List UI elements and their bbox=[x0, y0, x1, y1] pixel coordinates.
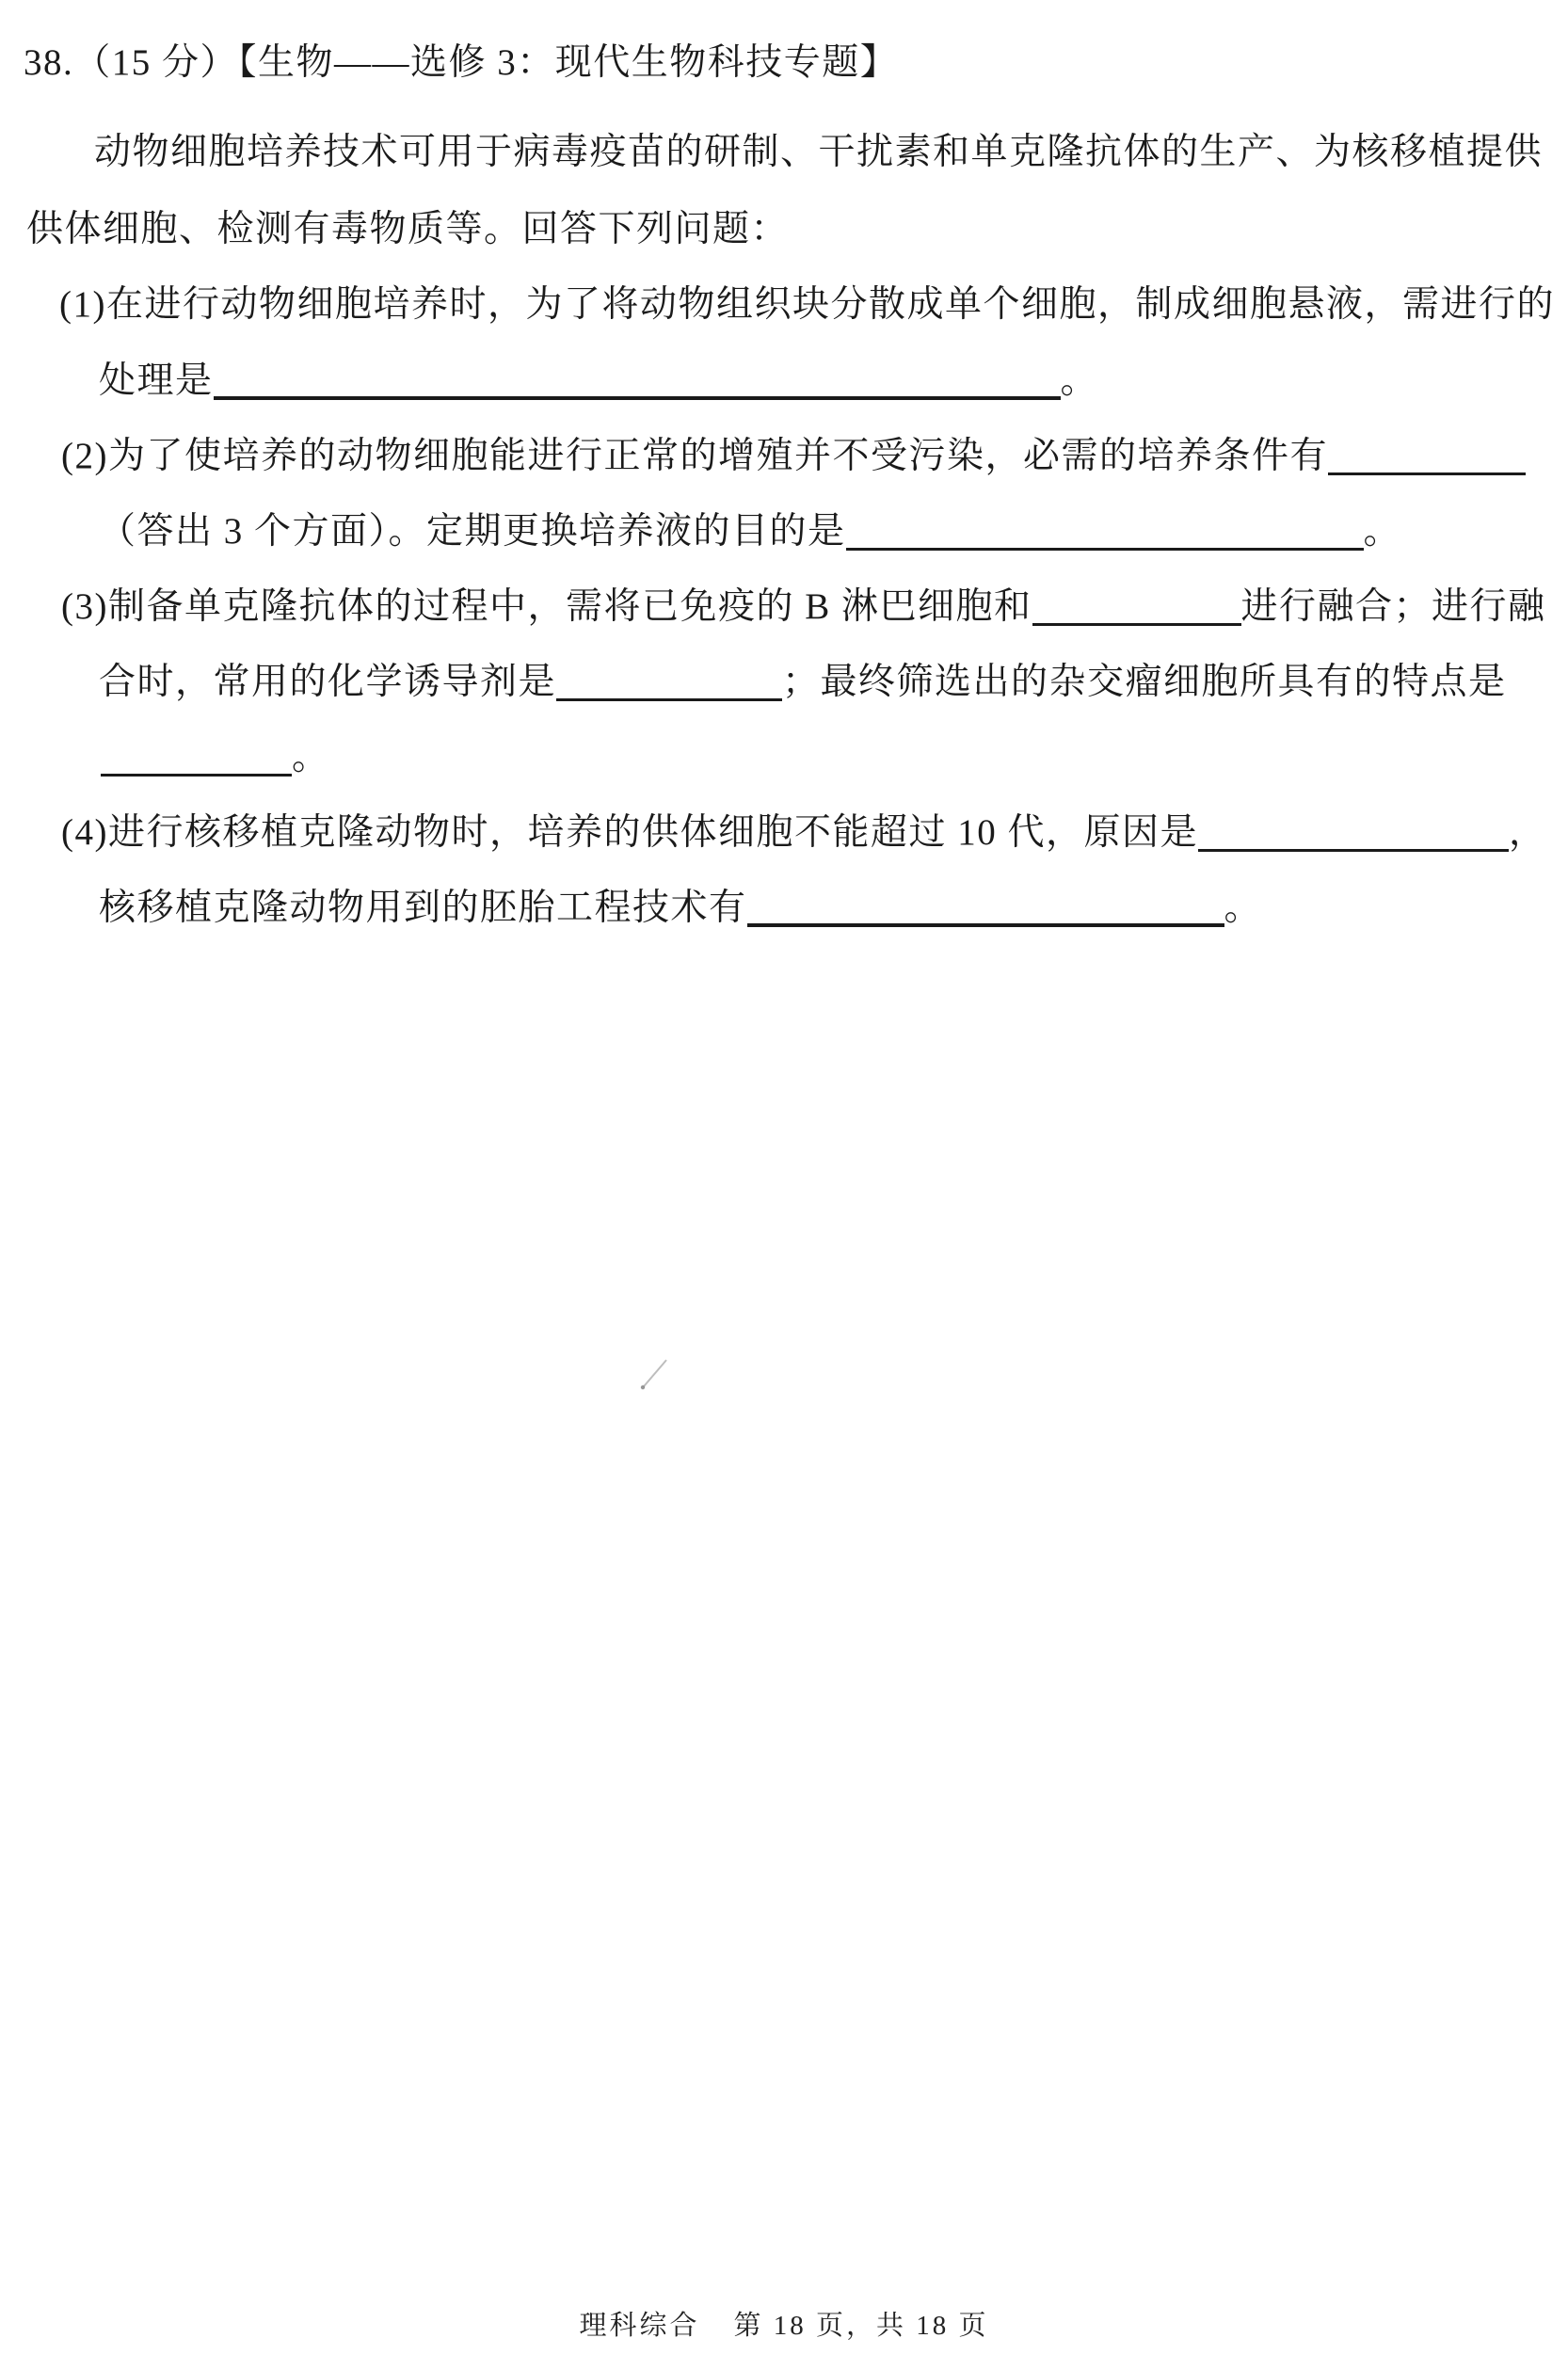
scan-artifact-mark bbox=[612, 1341, 687, 1407]
q3-line-2: 合时，常用的化学诱导剂是；最终筛选出的杂交瘤细胞所具有的特点是 bbox=[99, 661, 1507, 704]
answer-blank-q3a bbox=[1032, 623, 1241, 626]
q1-line-1: (1)在进行动物细胞培养时，为了将动物组织块分散成单个细胞，制成细胞悬液，需进行… bbox=[59, 283, 1555, 327]
q2-line-2: （答出 3 个方面）。定期更换培养液的目的是。 bbox=[99, 510, 1401, 553]
answer-blank-q4a bbox=[1198, 849, 1509, 852]
q2-line-1: (2)为了使培养的动物细胞能进行正常的增殖并不受污染，必需的培养条件有 bbox=[61, 435, 1526, 478]
q4-line-1-comma: ， bbox=[1509, 812, 1547, 853]
intro-line-1-text: 动物细胞培养技术可用于病毒疫苗的研制、干扰素和单克隆抗体的生产、为核移植提供 bbox=[94, 132, 1543, 172]
answer-blank-q1 bbox=[214, 396, 1061, 400]
q4-line-2: 核移植克隆动物用到的胚胎工程技术有。 bbox=[99, 887, 1262, 930]
q4-line-2-period: 。 bbox=[1224, 888, 1263, 928]
q3-line-1: (3)制备单克隆抗体的过程中，需将已免疫的 B 淋巴细胞和进行融合；进行融 bbox=[61, 585, 1546, 629]
question-header: 38.（15 分）【生物——选修 3：现代生物科技专题】 bbox=[24, 41, 898, 85]
footer-subject: 理科综合 bbox=[579, 2311, 699, 2341]
q3-line-3-period: 。 bbox=[292, 737, 330, 777]
q1-line-2-period: 。 bbox=[1061, 360, 1099, 401]
q3-line-1-text: (3)制备单克隆抗体的过程中，需将已免疫的 B 淋巴细胞和 bbox=[61, 586, 1032, 627]
answer-blank-q2a bbox=[1328, 472, 1526, 475]
q1-line-2-text: 处理是 bbox=[99, 360, 214, 401]
page-footer: 理科综合第 18 页，共 18 页 bbox=[0, 2304, 1568, 2343]
q4-line-1: (4)进行核移植克隆动物时，培养的供体细胞不能超过 10 代，原因是， bbox=[61, 811, 1547, 855]
q2-line-2-text: （答出 3 个方面）。定期更换培养液的目的是 bbox=[99, 511, 846, 552]
intro-line-2-text: 供体细胞、检测有毒物质等。回答下列问题： bbox=[26, 209, 789, 249]
answer-blank-q4b bbox=[747, 923, 1224, 927]
q4-line-2-text: 核移植克隆动物用到的胚胎工程技术有 bbox=[99, 888, 747, 928]
intro-line-2: 供体细胞、检测有毒物质等。回答下列问题： bbox=[26, 208, 789, 251]
q3-line-2-tail: ；最终筛选出的杂交瘤细胞所具有的特点是 bbox=[782, 662, 1507, 702]
intro-line-1: 动物细胞培养技术可用于病毒疫苗的研制、干扰素和单克隆抗体的生产、为核移植提供 bbox=[94, 131, 1543, 174]
q1-line-2: 处理是。 bbox=[99, 360, 1098, 403]
q2-line-2-period: 。 bbox=[1364, 511, 1402, 552]
q3-line-2-text: 合时，常用的化学诱导剂是 bbox=[99, 662, 556, 702]
exam-paper-page: 38.（15 分）【生物——选修 3：现代生物科技专题】 动物细胞培养技术可用于… bbox=[0, 0, 1568, 2370]
answer-blank-q3c bbox=[101, 774, 292, 777]
footer-page-info: 第 18 页，共 18 页 bbox=[734, 2311, 989, 2341]
question-header-text: 38.（15 分）【生物——选修 3：现代生物科技专题】 bbox=[24, 42, 898, 83]
q2-line-1-text: (2)为了使培养的动物细胞能进行正常的增殖并不受污染，必需的培养条件有 bbox=[61, 436, 1328, 476]
answer-blank-q3b bbox=[556, 698, 782, 701]
q1-line-1-text: (1)在进行动物细胞培养时，为了将动物组织块分散成单个细胞，制成细胞悬液，需进行… bbox=[59, 284, 1555, 325]
answer-blank-q2b bbox=[846, 548, 1364, 551]
q3-line-1-tail: 进行融合；进行融 bbox=[1241, 586, 1546, 627]
q3-line-3: 。 bbox=[101, 736, 330, 779]
q4-line-1-text: (4)进行核移植克隆动物时，培养的供体细胞不能超过 10 代，原因是 bbox=[61, 812, 1198, 853]
